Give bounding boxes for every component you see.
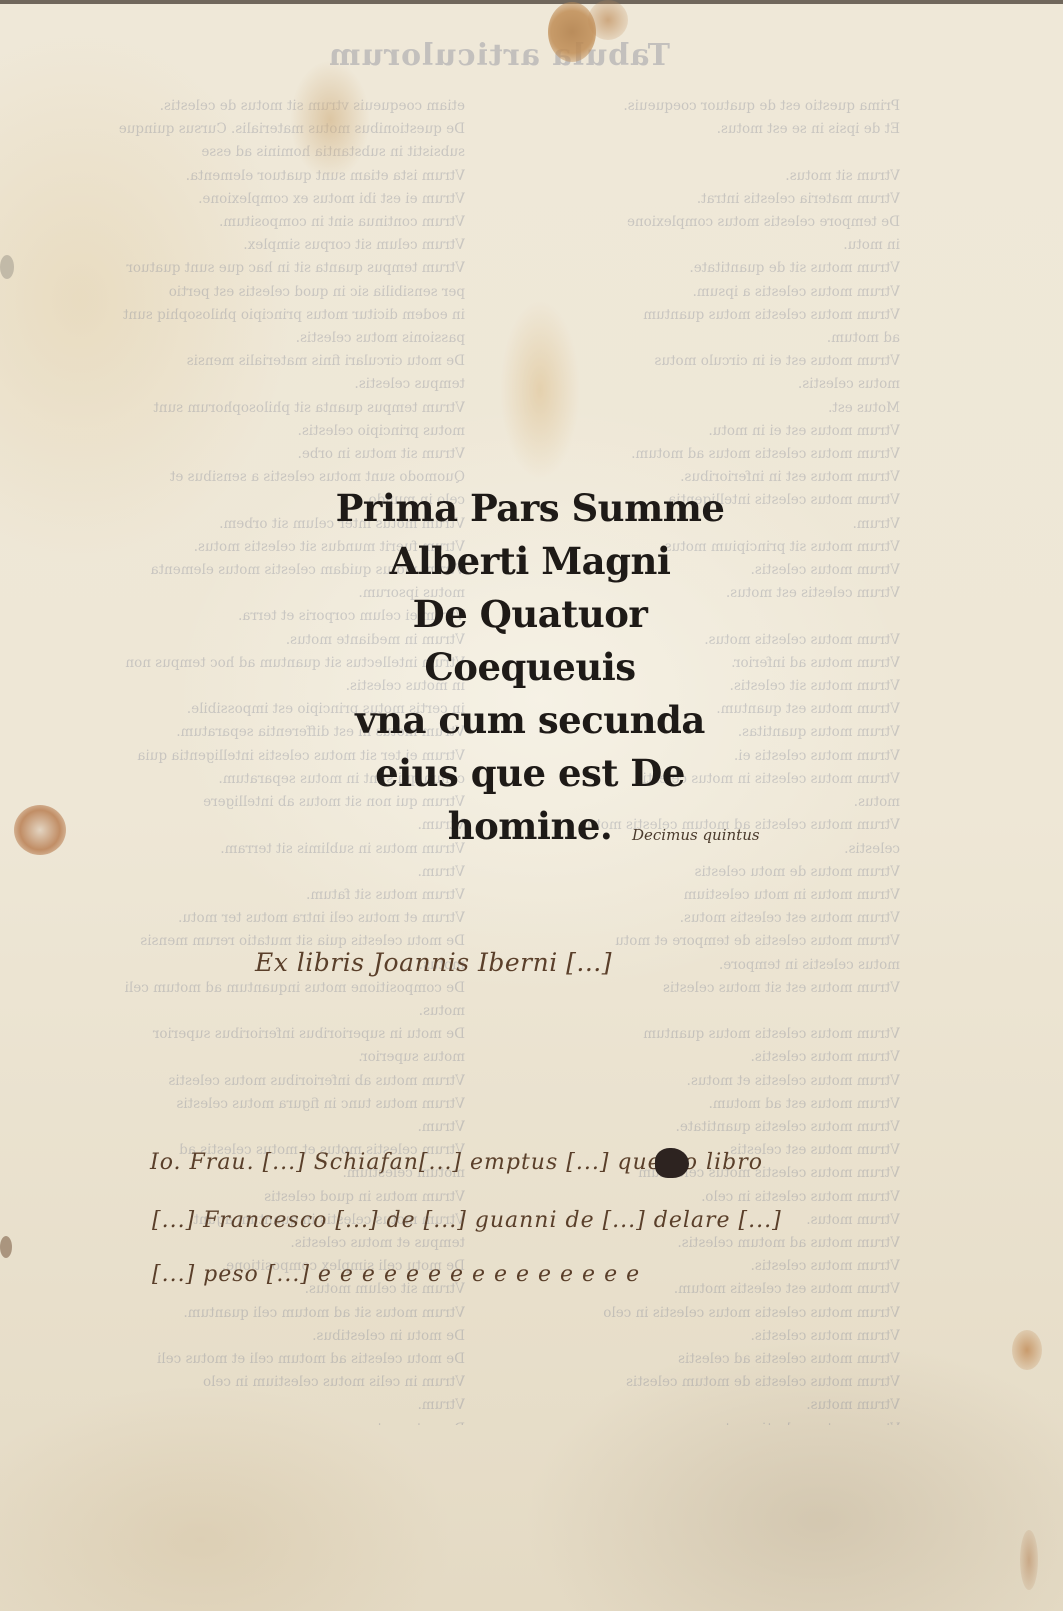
show-through-line: Vtrum sit motus in orbe. [60,443,465,466]
stain-bottom-right [1020,1530,1038,1590]
show-through-line: Vtrum motus celestis quantitate. [490,1116,900,1139]
show-through-line: Vtrum tempus quanta sit in hac que sunt … [60,257,465,280]
show-through-line: Vtrum motus celestis motus quantum [490,304,900,327]
show-through-line: Vtrum motus tunc in figura motus celesti… [60,1093,465,1116]
ink-blot [655,1148,689,1178]
show-through-line: passionis motus celestis. [60,327,465,350]
stain-top-center-2 [588,0,628,40]
show-through-line: Vtrum motus ab inferioribus motus celest… [60,1070,465,1093]
marginal-note: Decimus quintus [632,826,760,844]
show-through-line: in motu. [490,234,900,257]
show-through-header: Tabula articulorum [330,38,670,73]
show-through-line: De motu celestis ad motum celi et motus … [60,1348,465,1371]
show-through-line: Et de ipsis in se est motus. [490,118,900,141]
show-through-line: Vtrum motus celestis motum. [490,1418,900,1425]
show-through-line: Vtrum motus celestis. [490,1325,900,1348]
ex-libris-inscription: Ex libris Joannis Iberni [...] [255,948,612,977]
show-through-line: Prima questio est de quatuor coequeuis. [490,95,900,118]
show-through-line: Vtrum motus celestis et motus. [490,1070,900,1093]
show-through-line: Vtrum ista etiam sunt quatuor elementa. [60,165,465,188]
show-through-line: Vtrum motus celestis de motum celestis [490,1371,900,1394]
show-through-line: Vtrum motus est ei in motu. [490,420,900,443]
show-through-line: motus principio celestis. [60,420,465,443]
show-through-line: Vtrum motus de motu celestis [490,861,900,884]
stain-left-margin [14,805,66,855]
printed-title: Prima Pars Summe Alberti Magni De Quatuo… [320,482,740,853]
page-top-edge [0,0,1063,4]
show-through-line: Vtrum in celis motus celestium in celo [60,1371,465,1394]
show-through-line: De motu motus. [60,1418,465,1425]
show-through-line: Motus est. [490,397,900,420]
show-through-line: Vtrum motus ad motum celestis. [490,1232,900,1255]
show-through-line: Vtrum motus est ad motum. [490,1093,900,1116]
show-through-line: Vtrum. [60,1394,465,1417]
show-through-line: motus. [60,1000,465,1023]
show-through-line: Vtrum motus. [490,1394,900,1417]
show-through-line: in eodem dicitur motus principio philoso… [60,304,465,327]
show-through-line: Vtrum motus celestis motus celestis in c… [490,1302,900,1325]
show-through-line: Vtrum motus est celestis motus. [490,907,900,930]
show-through-line: De motu in superioribus inferioribus sup… [60,1023,465,1046]
title-line-2: Alberti Magni [320,535,740,588]
show-through-line: Vtrum motus est sit motus celestis [490,977,900,1000]
show-through-line: Vtrum motus celestis a ipsum. [490,281,900,304]
show-through-line: ad motum. [490,327,900,350]
show-through-line: Vtrum motus celestis. [490,1046,900,1069]
show-through-line: De compositione motus inquantum ad motum… [60,977,465,1000]
show-through-line: Vtrum motus celestis ad celestis [490,1348,900,1371]
show-through-line: Vtrum motus sit de quantitate. [490,257,900,280]
show-through-line [490,141,900,164]
show-through-line: Vtrum motus est ei in circulo motus [490,350,900,373]
manuscript-page: Tabula articulorum etiam coequeuis vtrum… [0,0,1063,1611]
show-through-line: etiam coequeuis vtrum sit motus de celes… [60,95,465,118]
show-through-line: Vtrum motus in motu celestium [490,884,900,907]
show-through-line: Vtrum. [60,1116,465,1139]
show-through-line: subsistit in substantia hominis ad esse [60,141,465,164]
show-through-line: De tempore celestis motus complexione [490,211,900,234]
show-through-line: Vtrum tempus quanta sit philosophorum su… [60,397,465,420]
stain-edge-left [0,255,14,279]
show-through-line: De motu in celestibus. [60,1325,465,1348]
show-through-line: Vtrum sit motus. [490,165,900,188]
show-through-line: Vtrum motus sit ad motum celi quantum. [60,1302,465,1325]
show-through-line: motus superior. [60,1046,465,1069]
stain-lower-right [1012,1330,1042,1370]
show-through-line: Vtrum motus in quod celestis [60,1186,465,1209]
show-through-line: De motu circulari finis materialis mensi… [60,350,465,373]
show-through-line: tempus et motus celestis. [60,1232,465,1255]
show-through-line: tempus celestis. [60,373,465,396]
ownership-inscription-line-3: [...] peso [...] e e e e e e e e e e e e… [152,1262,640,1287]
ownership-inscription-line-2: [...] Francesco [...] de [...] guanni de… [152,1208,782,1233]
show-through-line [490,1000,900,1023]
show-through-line: Vtrum continua sint in compositum. [60,211,465,234]
title-line-1: Prima Pars Summe [320,482,740,535]
show-through-line: Vtrum ei est ibi motus ex complexione. [60,188,465,211]
title-line-4: vna cum secunda [320,694,740,747]
show-through-line: Vtrum et motus celi intra motus ter motu… [60,907,465,930]
show-through-line: Vtrum motus celestis motus quantum [490,1023,900,1046]
show-through-line: Vtrum motus sit fatum. [60,884,465,907]
show-through-line: motus celestis. [490,373,900,396]
stain-edge-left-2 [0,1236,12,1258]
show-through-line: De questionibus motus materialis. Cursus… [60,118,465,141]
title-line-3: De Quatuor Coequeuis [320,588,740,694]
show-through-line: Vtrum. [60,861,465,884]
show-through-line: Vtrum motus celestis motus ad motum. [490,443,900,466]
show-through-line: Vtrum celum sit corpus simplex. [60,234,465,257]
show-through-line: per sensibilia sic in quod celestis est … [60,281,465,304]
show-through-line: Vtrum motus celestis in celo. [490,1186,900,1209]
show-through-line: Vtrum materia celestis intrat. [490,188,900,211]
